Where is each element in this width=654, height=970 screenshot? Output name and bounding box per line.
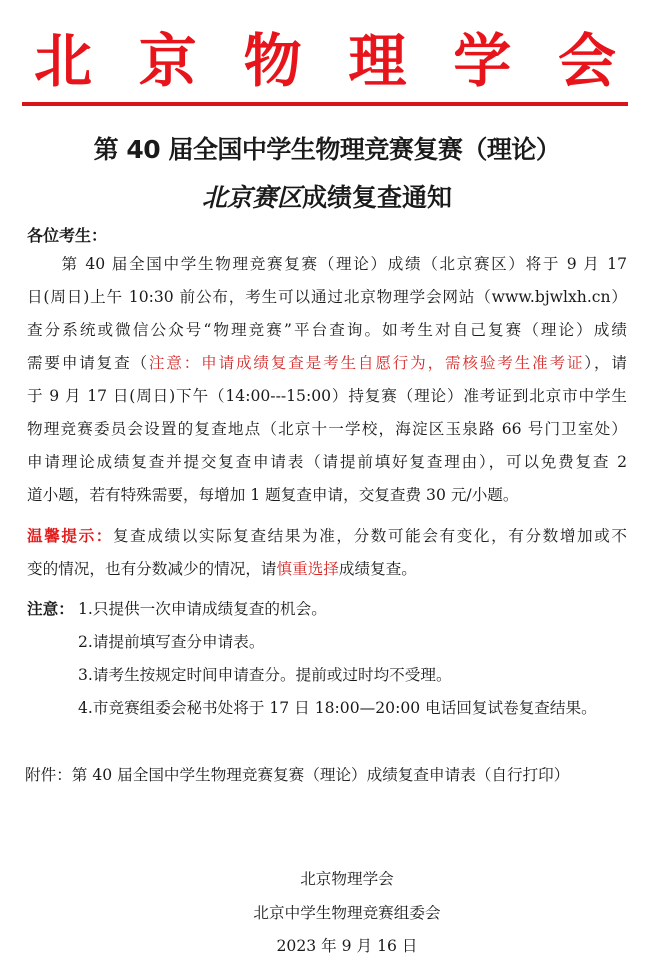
paragraph-line: 申请理论成绩复查并提交复查申请表（请提前填好复查理由），可以免费复查 2 (27, 446, 627, 479)
paragraph-line: 需要申请复查（注意：申请成绩复查是考生自愿行为，需核验考生准考证），请 (27, 347, 627, 380)
main-paragraph: 第 40 届全国中学生物理竞赛复赛（理论）成绩（北京赛区）将于 9 月 17 日… (27, 248, 627, 512)
paragraph-line: 日(周日)上午 10:30 前公布，考生可以通过北京物理学会网站（www.bjw… (27, 281, 627, 314)
notes-label-text: 注意： (27, 600, 74, 618)
document-title: 第 40 届全国中学生物理竞赛复赛（理论） (0, 130, 654, 166)
letterhead-char: 学 (453, 32, 511, 90)
note-item: 2.请提前填写查分申请表。 (78, 630, 264, 652)
emphasis-text: 慎重选择 (277, 560, 339, 578)
text: ），请 (584, 354, 627, 372)
tip-label: 温馨提示： (27, 527, 113, 545)
paragraph-line: 于 9 月 17 日(周日)下午（14:00---15:00）持复赛（理论）准考… (27, 380, 627, 413)
paragraph-line: 温馨提示：复查成绩以实际复查结果为准，分数可能会有变化，有分数增加或不 (27, 520, 627, 553)
subtitle-region: 北京赛区 (202, 183, 302, 212)
warning-text: 注意：申请成绩复查是考生自愿行为，需核验考生准考证 (149, 354, 584, 372)
text: 复查成绩以实际复查结果为准，分数可能会有变化，有分数增加或不 (113, 527, 627, 545)
letterhead-divider (22, 102, 628, 106)
letterhead: 北 京 物 理 学 会 (22, 22, 628, 100)
document-subtitle: 北京赛区成绩复查通知 (0, 178, 654, 214)
notes-label: 注意： (27, 597, 74, 619)
letterhead-char: 物 (244, 32, 302, 90)
letterhead-char: 会 (558, 32, 616, 90)
letterhead-char: 京 (139, 32, 197, 90)
paragraph-line: 第 40 届全国中学生物理竞赛复赛（理论）成绩（北京赛区）将于 9 月 17 (27, 248, 627, 281)
note-item: 3.请考生按规定时间申请查分。提前或过时均不受理。 (78, 663, 452, 685)
paragraph-line: 查分系统或微信公众号“物理竞赛”平台查询。如考生对自己复赛（理论）成绩 (27, 314, 627, 347)
letterhead-char: 北 (34, 32, 92, 90)
tip-paragraph: 温馨提示：复查成绩以实际复查结果为准，分数可能会有变化，有分数增加或不 变的情况… (27, 520, 627, 586)
subtitle-rest: 成绩复查通知 (302, 183, 452, 212)
text: 成绩复查。 (339, 560, 417, 578)
paragraph-line: 道小题，若有特殊需要，每增加 1 题复查申请，交复查费 30 元/小题。 (27, 479, 627, 512)
signature-date: 2023 年 9 月 16 日 (20, 934, 654, 956)
text: 需要申请复查（ (27, 354, 149, 372)
note-item: 4.市竞赛组委会秘书处将于 17 日 18:00—20:00 电话回复试卷复查结… (78, 696, 597, 718)
signature-org2: 北京中学生物理竞赛组委会 (20, 901, 654, 923)
paragraph-line: 变的情况，也有分数减少的情况，请慎重选择成绩复查。 (27, 553, 627, 586)
salutation: 各位考生： (27, 223, 107, 246)
attachment-note: 附件：第 40 届全国中学生物理竞赛复赛（理论）成绩复查申请表（自行打印） (25, 763, 569, 785)
paragraph-line: 物理竞赛委员会设置的复查地点（北京十一学校，海淀区玉泉路 66 号门卫室处） (27, 413, 627, 446)
letterhead-char: 理 (348, 32, 406, 90)
signature-org1: 北京物理学会 (20, 867, 654, 889)
note-item: 1.只提供一次申请成绩复查的机会。 (78, 597, 327, 619)
text: 变的情况，也有分数减少的情况，请 (27, 560, 277, 578)
